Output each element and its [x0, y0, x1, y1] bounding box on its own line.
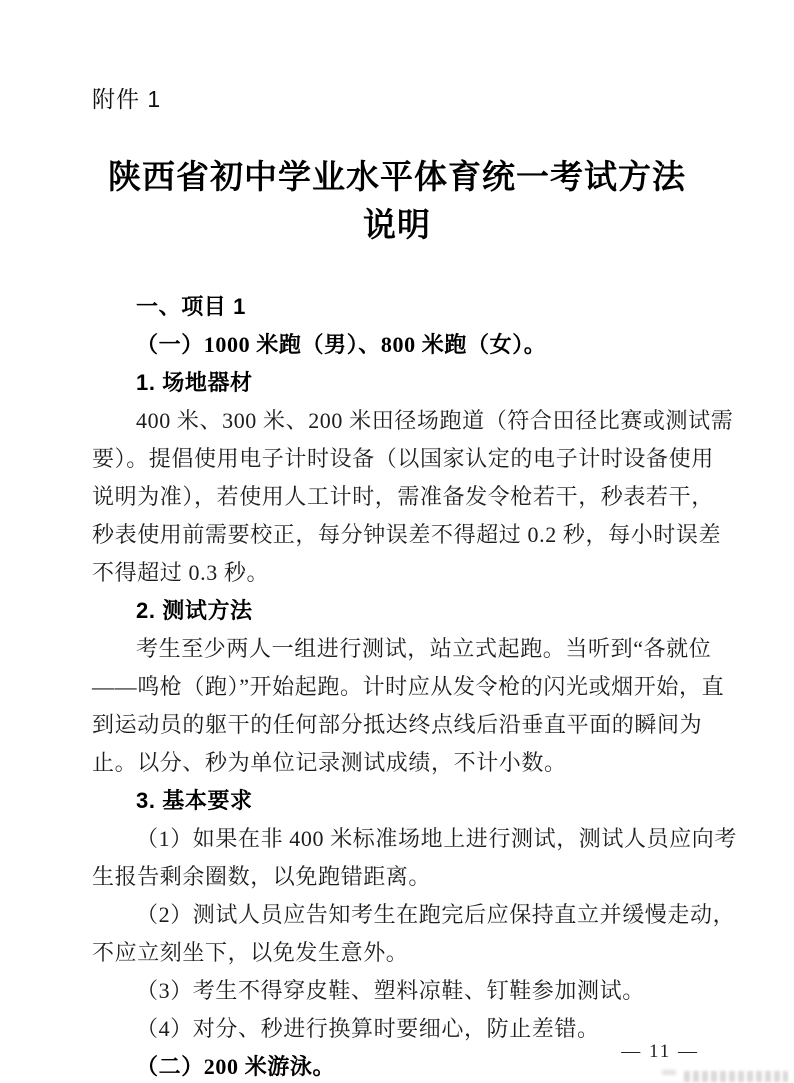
document-title: 陕西省初中学业水平体育统一考试方法说明 — [92, 154, 702, 250]
paragraph-line: 到运动员的躯干的任何部分抵达终点线后沿垂直平面的瞬间为 — [92, 706, 702, 744]
paragraph-line: 秒表使用前需要校正，每分钟误差不得超过 0.2 秒，每小时误差 — [92, 516, 702, 554]
paragraph-line: （4）对分、秒进行换算时要细心，防止差错。 — [92, 1010, 702, 1048]
paragraph-line: 止。以分、秒为单位记录测试成绩，不计小数。 — [92, 744, 702, 782]
paragraph-line: 考生至少两人一组进行测试，站立式起跑。当听到“各就位 — [92, 630, 702, 668]
paragraph-line: 不得超过 0.3 秒。 — [92, 554, 702, 592]
paragraph-line: 要）。提倡使用电子计时设备（以国家认定的电子计时设备使用 — [92, 440, 702, 478]
subheading-venue-equip: 1. 场地器材 — [92, 364, 702, 402]
document-page: 附件 1 陕西省初中学业水平体育统一考试方法说明 一、项目 1 （一）1000 … — [0, 0, 794, 1083]
watermark-smudge-icon — [662, 1070, 676, 1075]
item-heading-run: （一）1000 米跑（男）、800 米跑（女）。 — [92, 326, 702, 364]
paragraph-line: ——鸣枪（跑）”开始起跑。计时应从发令枪的闪光或烟开始，直 — [92, 668, 702, 706]
paragraph-line: （2）测试人员应告知考生在跑完后应保持直立并缓慢走动， — [92, 896, 702, 934]
paragraph-line: 400 米、300 米、200 米田径场跑道（符合田径比赛或测试需 — [92, 402, 702, 440]
paragraph-line: （3）考生不得穿皮鞋、塑料凉鞋、钉鞋参加测试。 — [92, 972, 702, 1010]
paragraph-line: 生报告剩余圈数，以免跑错距离。 — [92, 858, 702, 896]
watermark-illegible — [684, 1071, 788, 1082]
document-body: 一、项目 1 （一）1000 米跑（男）、800 米跑（女）。 1. 场地器材 … — [92, 288, 702, 1083]
attachment-label: 附件 1 — [92, 84, 702, 114]
section-heading-project1: 一、项目 1 — [92, 288, 702, 326]
paragraph-line: 不应立刻坐下，以免发生意外。 — [92, 934, 702, 972]
paragraph-line: 说明为准），若使用人工计时，需准备发令枪若干，秒表若干， — [92, 478, 702, 516]
subheading-basic-req: 3. 基本要求 — [92, 782, 702, 820]
subheading-test-method: 2. 测试方法 — [92, 592, 702, 630]
page-number: — 11 — — [621, 1041, 699, 1063]
paragraph-line: （1）如果在非 400 米标准场地上进行测试，测试人员应向考 — [92, 820, 702, 858]
item-heading-swim: （二）200 米游泳。 — [92, 1048, 702, 1083]
page-content: 附件 1 陕西省初中学业水平体育统一考试方法说明 一、项目 1 （一）1000 … — [92, 0, 702, 1083]
